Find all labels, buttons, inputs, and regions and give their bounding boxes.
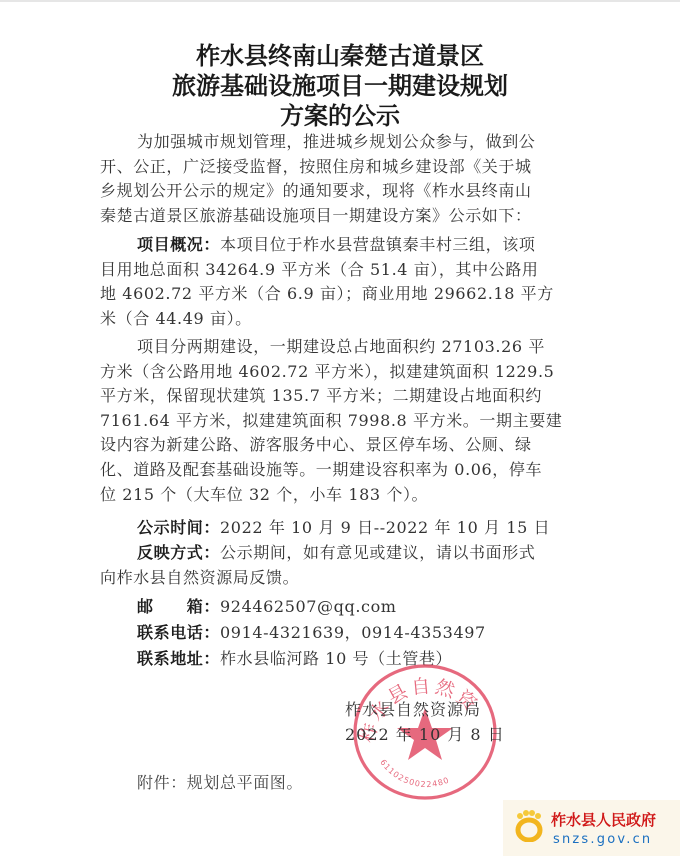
phone-label: 联系电话： bbox=[137, 623, 220, 642]
signature-org: 柞水县自然资源局 bbox=[345, 697, 481, 720]
phone-value: 0914-4321639，0914-4353497 bbox=[220, 623, 486, 642]
stamp-serial: 6110250022480 bbox=[378, 758, 451, 789]
footprint-logo-icon bbox=[513, 808, 545, 842]
publicity-period-label: 公示时间： bbox=[137, 518, 220, 537]
phases-line: 项目分两期建设，一期建设总占地面积约 27103.26 平 bbox=[100, 335, 580, 360]
phases-line: 设内容为新建公路、游客服务中心、景区停车场、公厕、绿 bbox=[100, 433, 580, 458]
phases-line: 平方米，保留现状建筑 135.7 平方米；二期建设占地面积约 bbox=[100, 384, 580, 409]
overview-label: 项目概况： bbox=[137, 235, 220, 254]
feedback-text: 公示期间，如有意见或建议，请以书面形式 bbox=[220, 543, 535, 562]
address-label: 联系地址： bbox=[137, 649, 220, 668]
phases-line: 方米（含公路用地 4602.72 平方米），拟建建筑面积 1229.5 bbox=[100, 360, 580, 385]
gov-site-url[interactable]: snzs.gov.cn bbox=[553, 832, 652, 847]
svg-text:6110250022480: 6110250022480 bbox=[378, 758, 451, 789]
gov-site-name: 柞水县人民政府 bbox=[551, 809, 656, 830]
email-value[interactable]: 924462507@qq.com bbox=[220, 597, 397, 616]
signature-date: 2022 年 10 月 8 日 bbox=[345, 722, 505, 745]
contact-phone: 联系电话：0914-4321639，0914-4353497 bbox=[137, 620, 486, 643]
intro-line: 秦楚古道景区旅游基础设施项目一期建设方案》公示如下： bbox=[100, 204, 580, 229]
top-border bbox=[0, 0, 680, 2]
overview-paragraph: 项目概况：本项目位于柞水县营盘镇秦丰村三组，该项 目用地总面积 34264.9 … bbox=[100, 233, 580, 331]
attachment-note: 附件：规划总平面图。 bbox=[137, 770, 303, 793]
phases-line: 7161.64 平方米，拟建建筑面积 7998.8 平方米。一期主要建 bbox=[100, 409, 580, 434]
phases-paragraph: 项目分两期建设，一期建设总占地面积约 27103.26 平 方米（含公路用地 4… bbox=[100, 335, 580, 507]
overview-line: 米（合 44.49 亩）。 bbox=[100, 307, 580, 332]
feedback-method: 反映方式：公示期间，如有意见或建议，请以书面形式 bbox=[137, 540, 535, 563]
intro-line: 开、公正，广泛接受监督，按照住房和城乡建设部《关于城 bbox=[100, 155, 580, 180]
publicity-period-value: 2022 年 10 月 9 日--2022 年 10 月 15 日 bbox=[220, 518, 550, 537]
overview-line: 地 4602.72 平方米（合 6.9 亩）；商业用地 29662.18 平方 bbox=[100, 282, 580, 307]
email-label: 邮 箱： bbox=[137, 597, 220, 616]
publicity-period: 公示时间：2022 年 10 月 9 日--2022 年 10 月 15 日 bbox=[137, 515, 550, 538]
phases-line: 位 215 个（大车位 32 个，小车 183 个）。 bbox=[100, 483, 580, 508]
intro-line: 乡规划公开公示的规定》的通知要求，现将《柞水县终南山 bbox=[100, 179, 580, 204]
intro-paragraph: 为加强城市规划管理，推进城乡规划公众参与，做到公 开、公正，广泛接受监督，按照住… bbox=[100, 130, 580, 228]
document-title-line-3: 方案的公示 bbox=[0, 96, 680, 131]
feedback-label: 反映方式： bbox=[137, 543, 220, 562]
overview-line: 目用地总面积 34264.9 平方米（合 51.4 亩），其中公路用 bbox=[100, 258, 580, 283]
intro-line: 为加强城市规划管理，推进城乡规划公众参与，做到公 bbox=[100, 130, 580, 155]
overview-text: 本项目位于柞水县营盘镇秦丰村三组，该项 bbox=[220, 235, 535, 254]
phases-line: 化、道路及配套基础设施等。一期建设容积率为 0.06，停车 bbox=[100, 458, 580, 483]
overview-first-line: 项目概况：本项目位于柞水县营盘镇秦丰村三组，该项 bbox=[100, 233, 580, 258]
feedback-text-continued: 向柞水县自然资源局反馈。 bbox=[100, 565, 299, 588]
gov-watermark-badge: 柞水县人民政府 snzs.gov.cn bbox=[503, 800, 680, 856]
contact-email: 邮 箱：924462507@qq.com bbox=[137, 594, 397, 617]
